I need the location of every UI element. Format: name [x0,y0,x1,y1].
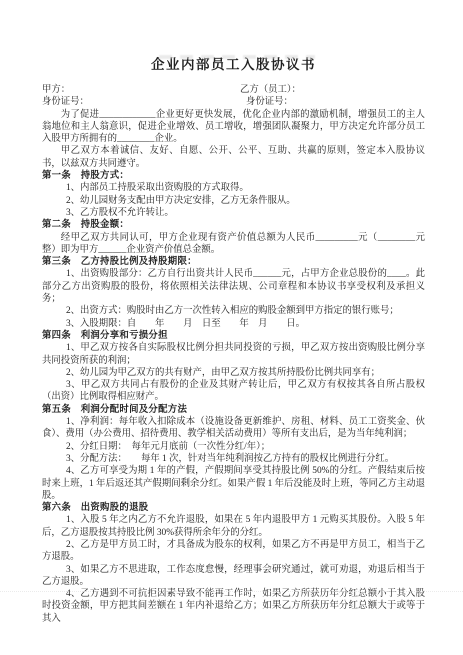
section-paragraph: 3、分配方法： 每年 1 次，针对当年纯利润按乙方持有的股权比例进行分红。 [42,453,425,465]
section-paragraph: 1、入股 5 年之内乙方不允许退股，如果在 5 年内退股甲方 1 元购买其股份。… [42,514,425,539]
intro-paragraph: 为了促进____________企业更好更快发展，优化企业内部的激励机制，增强员… [42,109,425,146]
section-paragraph: 2、分红日期： 每年元月底前（一次性分红/年）； [42,441,425,453]
section-paragraph: 3、甲乙双方共同占有股份的企业及其财产转让后，甲乙双方有权按其各自所占股权（出资… [42,379,425,404]
section-paragraph: 2、出资方式：购股时由乙方一次性转入相应的购股金额到甲方指定的银行账号； [42,305,425,317]
intro-paragraph: 甲乙双方本着诚信、友好、自愿、公开、公平、互助、共赢的原则，签定本入股协议书，以… [42,145,425,170]
section-paragraph: 1、内部员工持股采取出资购股的方式取得。 [42,182,425,194]
section-paragraph: 3、乙方股权不允许转让。 [42,207,425,219]
section-heading: 第五条 利润分配时间及分配方法 [42,404,425,416]
section-heading: 第三条 乙方持股比例及持股期限： [42,256,425,268]
section-paragraph: 1、净利润：每年收入扣除成本（设施设备更新维护、房租、材料、员工工资奖金、伙食）… [42,416,425,441]
faint-watermark [159,55,315,59]
document-body: 为了促进____________企业更好更快发展，优化企业内部的激励机制，增强员… [42,109,425,625]
section-heading: 第一条 持股方式： [42,170,425,182]
party-b-label: 乙方（员工）： [240,84,425,96]
section-paragraph: 3、如果乙方不思进取，工作态度怠慢，经理事会研究通过，就可劝退，劝退后相当于乙方… [42,564,425,589]
party-a-id-label: 身份证号： [42,96,240,108]
parties-block: 甲方： 乙方（员工）： 身份证号： 身份证号： [42,84,425,109]
document-page: 企业内部员工入股协议书 甲方： 乙方（员工）： 身份证号： 身份证号： 为了促进… [0,0,463,655]
id-numbers-row: 身份证号： 身份证号： [42,96,425,108]
section-paragraph: 4、乙方遇到不可抗拒因素导致不能再工作时，如果乙方所获历年分红总额小于其入股时投… [42,588,425,625]
document-content: 企业内部员工入股协议书 甲方： 乙方（员工）： 身份证号： 身份证号： 为了促进… [0,0,463,625]
section-paragraph: 2、幼儿园为甲乙双方的共有财产，由甲乙双方按其所持股份比例共同享有； [42,367,425,379]
section-heading: 第四条 利润分享和亏损分担 [42,330,425,342]
parties-row: 甲方： 乙方（员工）： [42,84,425,96]
section-paragraph: 经甲乙双方共同认可，甲方企业现有资产价值总额为人民币_________元（___… [42,232,425,257]
page-fold-line [0,591,463,592]
section-heading: 第二条 持股金额： [42,219,425,231]
party-a-label: 甲方： [42,84,240,96]
section-paragraph: 2、乙方是甲方员工时，才具备成为股东的权利，如果乙方不再是甲方员工，相当于乙方退… [42,539,425,564]
section-paragraph: 1、出资购股部分：乙方自行出资共计人民币______元，占甲方企业总股份的___… [42,268,425,305]
section-paragraph: 1、甲乙双方按各自实际股权比例分担共同投资的亏损，甲乙双方按出资购股比例分享共同… [42,342,425,367]
section-paragraph: 2、幼儿园财务支配由甲方决定安排，乙方无条件服从。 [42,195,425,207]
party-b-id-label: 身份证号： [240,96,425,108]
section-paragraph: 4、乙方可享受为期 1 年的产假，产假期间享受其持股比例 50%的分红。产假结束… [42,465,425,502]
section-paragraph: 3、入股期限：自 年 月 日至 年 月 日。 [42,318,425,330]
section-heading: 第六条 出资购股的退股 [42,502,425,514]
